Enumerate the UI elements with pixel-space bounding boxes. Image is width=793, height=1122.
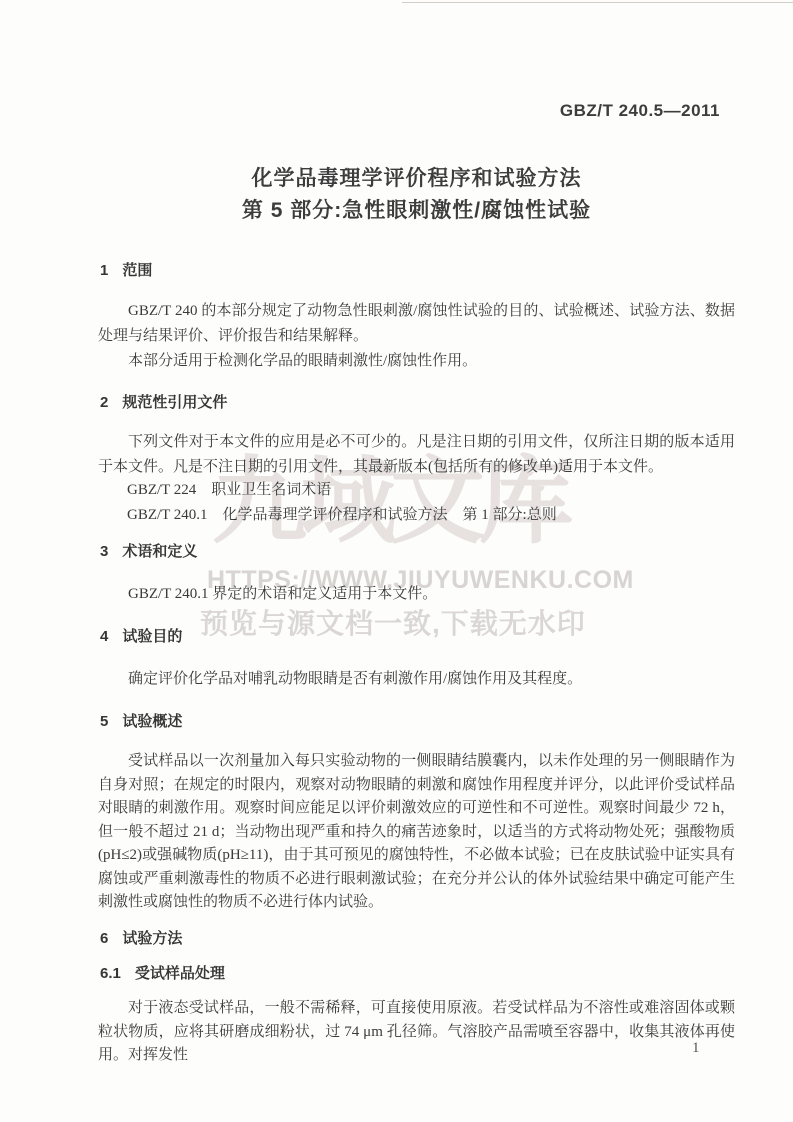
document-title-line1: 化学品毒理学评价程序和试验方法	[98, 163, 735, 195]
section-title: 试验目的	[122, 628, 182, 645]
section-1-heading: 1范围	[100, 259, 735, 280]
section-number: 6	[100, 930, 108, 947]
section-4-heading: 4试验目的	[100, 625, 735, 646]
section-title: 规范性引用文件	[122, 394, 227, 411]
section-2-heading: 2规范性引用文件	[100, 391, 735, 412]
section-5-paragraph-1: 受试样品以一次剂量加入每只实验动物的一侧眼睛结膜囊内，以未作处理的另一侧眼睛作为…	[98, 750, 735, 915]
reference-item-2: GBZ/T 240.1 化学品毒理学评价程序和试验方法 第 1 部分:总则	[98, 503, 735, 528]
section-6-heading: 6试验方法	[100, 927, 735, 948]
document-page: 九域文库 HTTPS://WWW.JIUYUWENKU.COM 预览与源文档一致…	[0, 0, 793, 1122]
document-title: 化学品毒理学评价程序和试验方法 第 5 部分:急性眼刺激性/腐蚀性试验	[98, 163, 735, 227]
section-number: 6.1	[100, 965, 121, 982]
page-number: 1	[692, 1040, 700, 1057]
section-6-1-paragraph-1: 对于液态受试样品，一般不需稀释，可直接使用原液。若受试样品为不溶性或难溶固体或颗…	[98, 997, 735, 1068]
section-number: 3	[100, 543, 108, 560]
section-5-heading: 5试验概述	[100, 710, 735, 731]
standard-number: GBZ/T 240.5—2011	[560, 101, 720, 121]
section-title: 范围	[122, 262, 152, 279]
section-title: 试验概述	[122, 713, 182, 730]
section-4-paragraph-1: 确定评价化学品对哺乳动物眼睛是否有刺激作用/腐蚀作用及其程度。	[98, 667, 735, 692]
section-1-paragraph-1: GBZ/T 240 的本部分规定了动物急性眼刺激/腐蚀性试验的目的、试验概述、试…	[98, 299, 735, 349]
document-title-line2: 第 5 部分:急性眼刺激性/腐蚀性试验	[98, 195, 735, 227]
scan-artifact-line	[402, 2, 793, 3]
section-2-paragraph-1: 下列文件对于本文件的应用是必不可少的。凡是注日期的引用文件，仅所注日期的版本适用…	[98, 430, 735, 480]
section-3-paragraph-1: GBZ/T 240.1 界定的术语和定义适用于本文件。	[98, 582, 735, 607]
section-3-heading: 3术语和定义	[100, 540, 735, 561]
section-1-paragraph-2: 本部分适用于检测化学品的眼睛刺激性/腐蚀性作用。	[98, 349, 735, 374]
section-title: 术语和定义	[122, 543, 197, 560]
section-title: 试验方法	[122, 930, 182, 947]
section-title: 受试样品处理	[135, 965, 225, 982]
section-number: 1	[100, 262, 108, 279]
reference-item-1: GBZ/T 224 职业卫生名词术语	[98, 478, 735, 503]
section-number: 2	[100, 394, 108, 411]
section-number: 5	[100, 713, 108, 730]
section-6-1-heading: 6.1受试样品处理	[100, 962, 735, 983]
section-number: 4	[100, 628, 108, 645]
